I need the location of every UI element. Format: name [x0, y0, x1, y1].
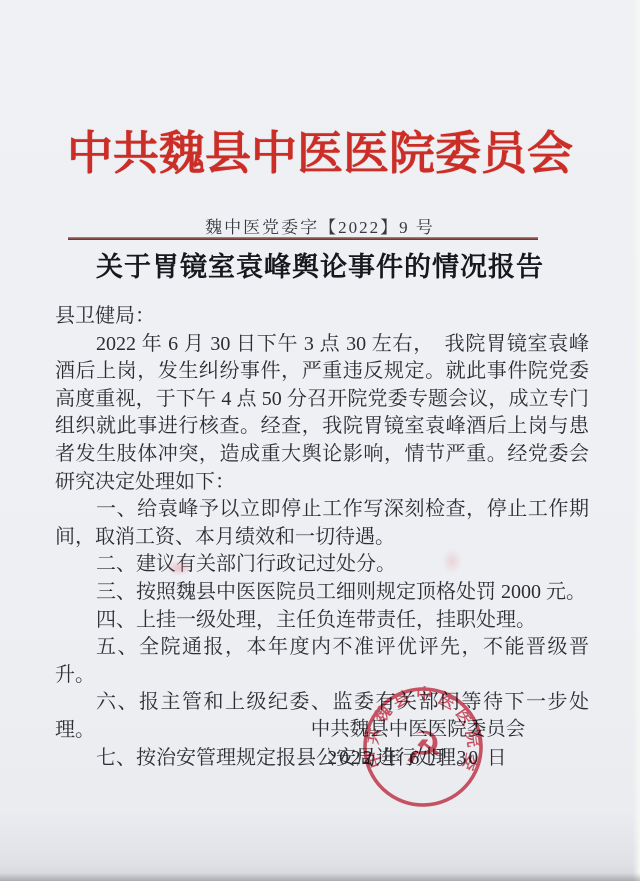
- intro-paragraph: 2022 年 6 月 30 日下午 3 点 30 左右， 我院胃镜室袁峰酒后上岗…: [55, 331, 589, 497]
- official-seal: 中共魏县中医医院委员会 ☭: [357, 681, 489, 813]
- photo-edge-highlight: [633, 0, 640, 881]
- document-body: 县卫健局： 2022 年 6 月 30 日下午 3 点 30 左右， 我院胃镜室…: [55, 303, 589, 772]
- ink-smudge: [166, 560, 192, 576]
- document-number: 魏中医党委字【2022】9 号: [0, 213, 640, 238]
- document-page: 中共魏县中医医院委员会 魏中医党委字【2022】9 号 关于胃镜室袁峰舆论事件的…: [0, 0, 640, 881]
- list-item: 二、建议有关部门行政记过处分。: [55, 551, 589, 579]
- list-item: 五、全院通报，本年度内不准评优评先，不能晋级晋升。: [55, 634, 589, 689]
- salutation: 县卫健局：: [55, 303, 589, 331]
- list-item: 三、按照魏县中医医院员工细则规定顶格处罚 2000 元。: [55, 579, 589, 607]
- header-separator-rule: [68, 237, 538, 240]
- issuing-org-title: 中共魏县中医医院委员会: [0, 117, 640, 183]
- photo-edge-shadow: [0, 873, 640, 881]
- list-item: 一、给袁峰予以立即停止工作写深刻检查，停止工作期间，取消工资、本月绩效和一切待遇…: [55, 496, 589, 551]
- ink-smudge: [442, 548, 462, 574]
- hammer-sickle-icon: ☭: [402, 722, 443, 774]
- list-item: 四、上挂一级处理，主任负连带责任，挂职处理。: [55, 607, 589, 635]
- document-title: 关于胃镜室袁峰舆论事件的情况报告: [0, 245, 640, 284]
